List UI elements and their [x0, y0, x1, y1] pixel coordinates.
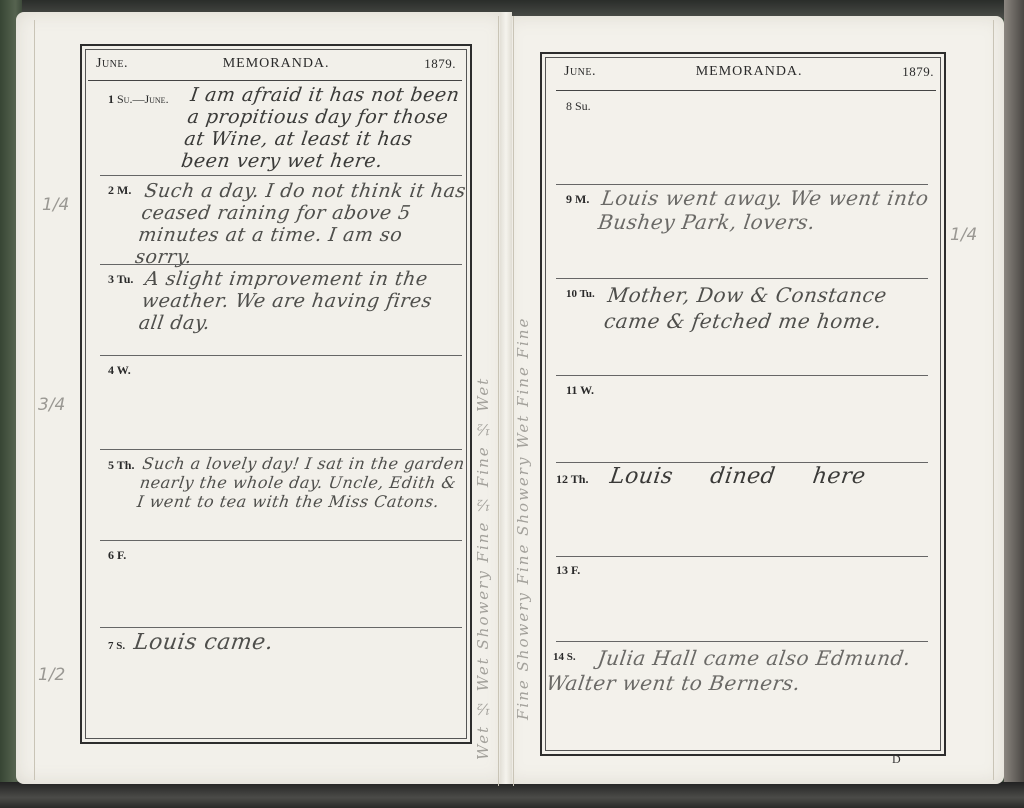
row-rule	[556, 278, 928, 279]
row-rule	[556, 462, 928, 463]
book-cover-right-edge	[1004, 0, 1024, 808]
header-month: June.	[96, 56, 128, 72]
entry-text-1: I am afraid it has not been a propitious…	[180, 84, 468, 172]
day-label-10: 10 Tu.	[566, 288, 595, 300]
entry-text-5: Such a lovely day! I sat in the garden n…	[136, 454, 466, 511]
margin-note-half: 1/2	[38, 665, 65, 685]
row-rule	[100, 449, 462, 450]
row-rule	[556, 641, 928, 642]
day-label-13: 13 F.	[556, 563, 580, 578]
right-page-header: June. MEMORANDA. 1879.	[564, 64, 934, 80]
printer-signature-mark: D	[892, 752, 901, 767]
day-label-1: 1 Su.—June.	[108, 92, 169, 107]
row-rule	[100, 355, 462, 356]
row-rule	[556, 556, 928, 557]
gutter-weather-notes-left: Wet ½ Wet Showery Fine ½ Fine ½ Wet	[474, 60, 492, 760]
day-label-8: 8 Su.	[566, 99, 591, 114]
day-label-6: 6 F.	[108, 548, 126, 563]
margin-note-quarter-right: 1/4	[950, 225, 977, 245]
entry-text-14: Julia Hall came also Edmund. Walter went…	[544, 646, 937, 696]
row-rule	[100, 175, 462, 176]
row-rule	[100, 540, 462, 541]
day-label-3: 3 Tu.	[108, 272, 133, 287]
gutter-rule-left	[498, 16, 499, 786]
left-page-header: June. MEMORANDA. 1879.	[96, 56, 456, 72]
header-rule	[556, 90, 936, 91]
day-label-12: 12 Th.	[556, 472, 588, 487]
book-cover-bottom-edge	[0, 782, 1024, 808]
entry-text-12: Louis dined here	[608, 466, 931, 488]
day-label-4: 4 W.	[108, 363, 131, 378]
margin-note-three-quarter: 3/4	[38, 395, 65, 415]
header-title: MEMORANDA.	[223, 56, 330, 72]
day-label-9: 9 M.	[566, 192, 589, 207]
entry-text-9: Louis went away. We went into Bushey Par…	[597, 186, 934, 234]
day-label-11: 11 W.	[566, 383, 594, 398]
left-margin-rule	[34, 20, 35, 780]
header-year: 1879.	[424, 56, 456, 72]
gutter-weather-notes-right: Fine Showery Fine Showery Wet Fine Fine	[514, 80, 532, 720]
margin-note-quarter: 1/4	[42, 195, 69, 215]
row-rule	[100, 264, 462, 265]
day-label-5: 5 Th.	[108, 458, 134, 473]
day-label-7: 7 S.	[108, 640, 125, 652]
entry-text-3: A slight improvement in the weather. We …	[137, 268, 466, 334]
header-month: June.	[564, 64, 596, 80]
header-year: 1879.	[902, 64, 934, 80]
day-label-2: 2 M.	[108, 183, 131, 198]
row-rule	[556, 184, 928, 185]
header-title: MEMORANDA.	[696, 64, 803, 80]
entry-text-2: Such a day. I do not think it has ceased…	[134, 180, 468, 268]
header-rule	[88, 80, 462, 81]
entry-text-10: Mother, Dow & Constance came & fetched m…	[602, 282, 939, 334]
right-margin-rule	[993, 20, 994, 780]
book-gutter	[500, 12, 512, 784]
row-rule	[556, 375, 928, 376]
entry-text-7: Louis came.	[132, 632, 435, 654]
row-rule	[100, 627, 462, 628]
